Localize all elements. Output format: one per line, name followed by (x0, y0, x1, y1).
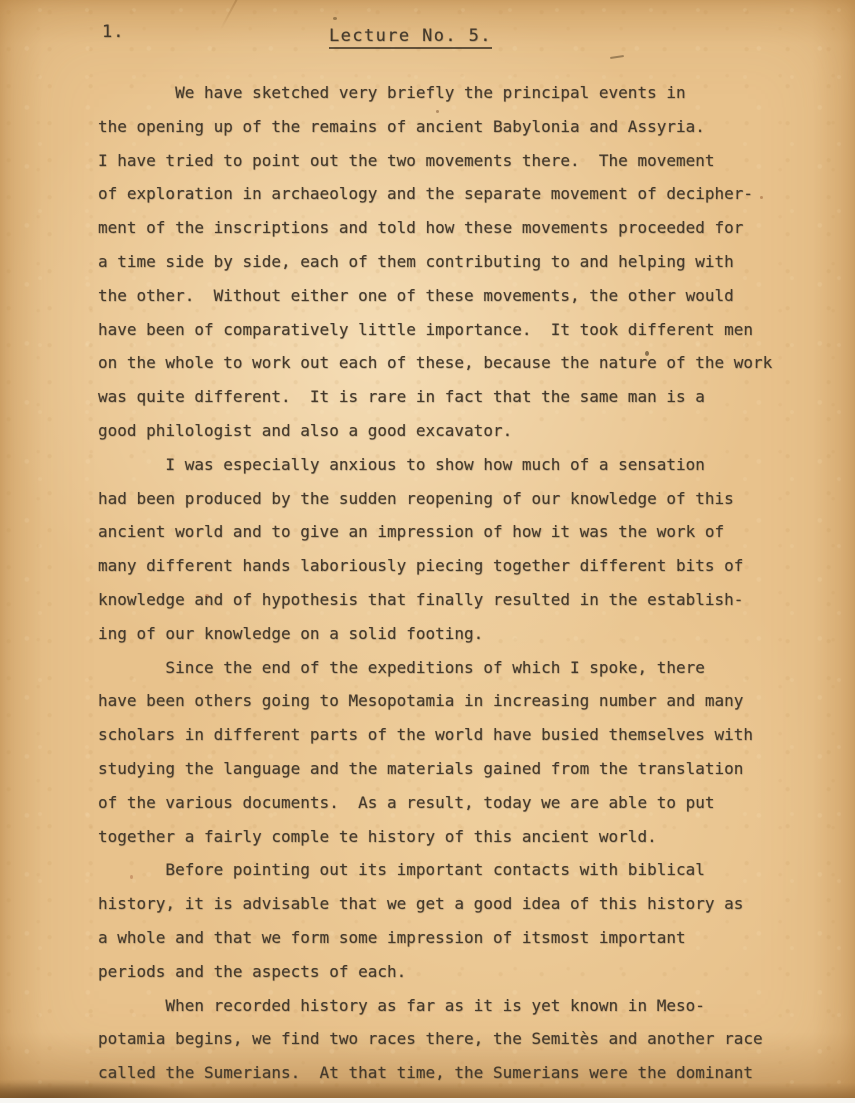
text-line: together a fairly comple te history of t… (98, 820, 772, 854)
text-line: on the whole to work out each of these, … (98, 346, 772, 380)
scanned-page: 1. Lecture No. 5. We have sketched very … (0, 0, 855, 1098)
text-line: many different hands laboriously piecing… (98, 549, 772, 583)
text-line: the other. Without either one of these m… (98, 279, 772, 313)
text-line: knowledge and of hypothesis that finally… (98, 583, 772, 617)
text-line: have been others going to Mesopotamia in… (98, 684, 772, 718)
text-line: a whole and that we form some impression… (98, 921, 772, 955)
text-line: I have tried to point out the two moveme… (98, 144, 772, 178)
text-line: history, it is advisable that we get a g… (98, 887, 772, 921)
text-line: have been of comparatively little import… (98, 313, 772, 347)
lecture-title: Lecture No. 5. (329, 26, 492, 49)
text-line: scholars in different parts of the world… (98, 718, 772, 752)
text-line: had been produced by the sudden reopenin… (98, 482, 772, 516)
text-line: We have sketched very briefly the princi… (98, 76, 772, 110)
text-line: potamia begins, we find two races there,… (98, 1022, 772, 1056)
text-line: When recorded history as far as it is ye… (98, 989, 772, 1023)
text-line: of exploration in archaeology and the se… (98, 177, 772, 211)
text-line: ment of the inscriptions and told how th… (98, 211, 772, 245)
text-line: the opening up of the remains of ancient… (98, 110, 772, 144)
text-line: was quite different. It is rare in fact … (98, 380, 772, 414)
text-line: ing of our knowledge on a solid footing. (98, 617, 772, 651)
title-row: Lecture No. 5. (0, 26, 855, 49)
typed-lines: We have sketched very briefly the princi… (98, 76, 772, 1090)
text-line: a time side by side, each of them contri… (98, 245, 772, 279)
text-line: good philologist and also a good excavat… (98, 414, 772, 448)
text-line: ancient world and to give an impression … (98, 515, 772, 549)
text-line: of the various documents. As a result, t… (98, 786, 772, 820)
text-line: studying the language and the materials … (98, 752, 772, 786)
text-line: Before pointing out its important contac… (98, 853, 772, 887)
text-line: I was especially anxious to show how muc… (98, 448, 772, 482)
text-line: Since the end of the expeditions of whic… (98, 651, 772, 685)
bottom-edge-shadow (0, 1076, 855, 1098)
text-line: periods and the aspects of each. (98, 955, 772, 989)
paper-speck (333, 17, 337, 20)
